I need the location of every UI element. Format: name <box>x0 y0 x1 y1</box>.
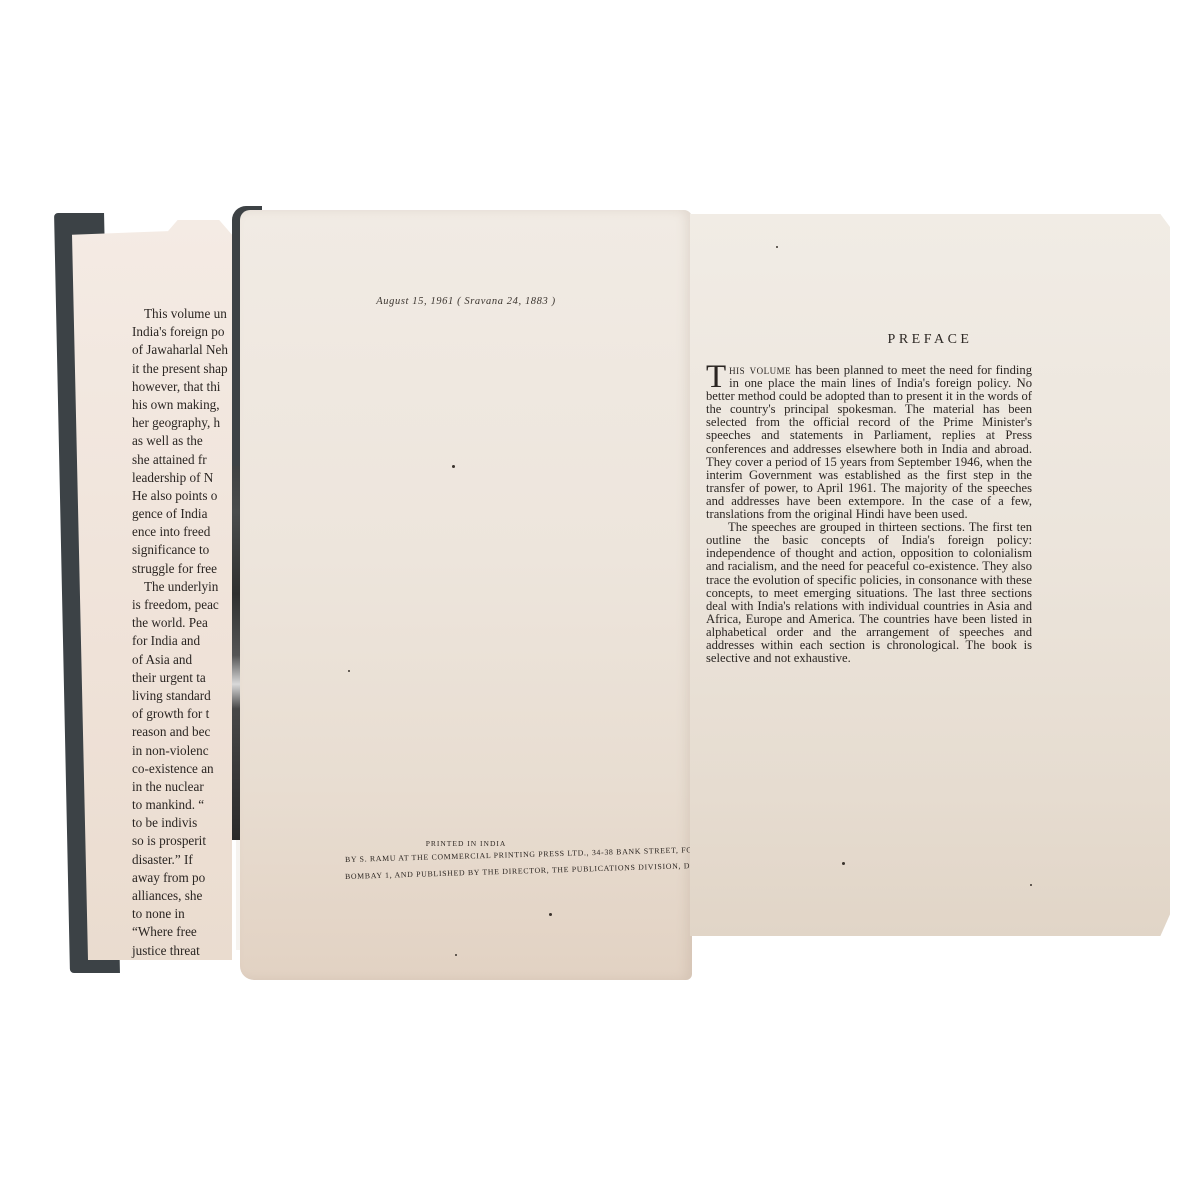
paragraph-1-text: has been planned to meet the need for fi… <box>706 363 1032 521</box>
imprint-line-2: BOMBAY 1, AND PUBLISHED BY THE DIRECTOR,… <box>345 860 721 881</box>
flap-line: his own making, <box>132 396 232 414</box>
paper-speck <box>842 862 845 865</box>
flap-line: the world. Pea <box>132 614 232 632</box>
flap-line: as well as the <box>132 432 232 450</box>
flap-line: to mankind. “ <box>132 796 232 814</box>
lead-smallcaps: his volume <box>729 363 791 377</box>
flap-line: away from po <box>132 869 232 887</box>
paper-speck <box>1030 884 1032 886</box>
flap-line: their urgent ta <box>132 669 232 687</box>
flap-line: reason and bec <box>132 723 232 741</box>
flap-line: This volume un <box>132 305 232 323</box>
flap-line: in non-violenc <box>132 742 232 760</box>
flap-line: of Jawaharlal Neh <box>132 341 232 359</box>
flap-line: leadership of N <box>132 469 232 487</box>
flap-line: gence of India <box>132 505 232 523</box>
right-page: PREFACE This volume has been planned to … <box>690 214 1170 936</box>
preface-paragraph-1: This volume has been planned to meet the… <box>706 364 1032 521</box>
publication-date: August 15, 1961 ( Sravana 24, 1883 ) <box>240 296 692 307</box>
left-page: August 15, 1961 ( Sravana 24, 1883 ) PRI… <box>240 210 692 980</box>
flap-line: alliances, she <box>132 887 232 905</box>
paper-speck <box>455 954 457 956</box>
flap-line: in the nuclear <box>132 778 232 796</box>
flap-line: for India and <box>132 632 232 650</box>
flap-line: is freedom, peac <box>132 596 232 614</box>
flap-line: so is prosperit <box>132 832 232 850</box>
book-photo: This volume unIndia's foreign poof Jawah… <box>0 0 1200 1200</box>
paper-speck <box>776 246 778 248</box>
flap-line: however, that thi <box>132 378 232 396</box>
paper-speck <box>452 465 455 468</box>
flap-line: her geography, h <box>132 414 232 432</box>
flap-line: she attained fr <box>132 451 232 469</box>
preface-body: This volume has been planned to meet the… <box>706 364 1032 665</box>
flap-line: to none in <box>132 905 232 923</box>
dust-jacket-flap: This volume unIndia's foreign poof Jawah… <box>72 220 232 960</box>
flap-line: of Asia and <box>132 651 232 669</box>
flap-line: struggle for free <box>132 560 232 578</box>
flap-line: The underlyin <box>132 578 232 596</box>
preface-title: PREFACE <box>690 332 1170 348</box>
flap-line: disaster.” If <box>132 851 232 869</box>
drop-cap: T <box>706 365 726 390</box>
flap-line: co-existence an <box>132 760 232 778</box>
flap-line: of growth for t <box>132 705 232 723</box>
paper-speck <box>348 670 350 672</box>
flap-line: justice threat <box>132 942 232 960</box>
flap-line: India's foreign po <box>132 323 232 341</box>
flap-line: significance to <box>132 541 232 559</box>
flap-line: “Where free <box>132 923 232 941</box>
flap-line: to be indivis <box>132 814 232 832</box>
flap-line: living standard <box>132 687 232 705</box>
flap-line: ence into freed <box>132 523 232 541</box>
paper-speck <box>549 913 552 916</box>
preface-paragraph-2: The speeches are grouped in thirteen sec… <box>706 521 1032 665</box>
flap-line: it the present shap <box>132 360 232 378</box>
flap-line: He also points o <box>132 487 232 505</box>
flap-text: This volume unIndia's foreign poof Jawah… <box>132 305 232 960</box>
